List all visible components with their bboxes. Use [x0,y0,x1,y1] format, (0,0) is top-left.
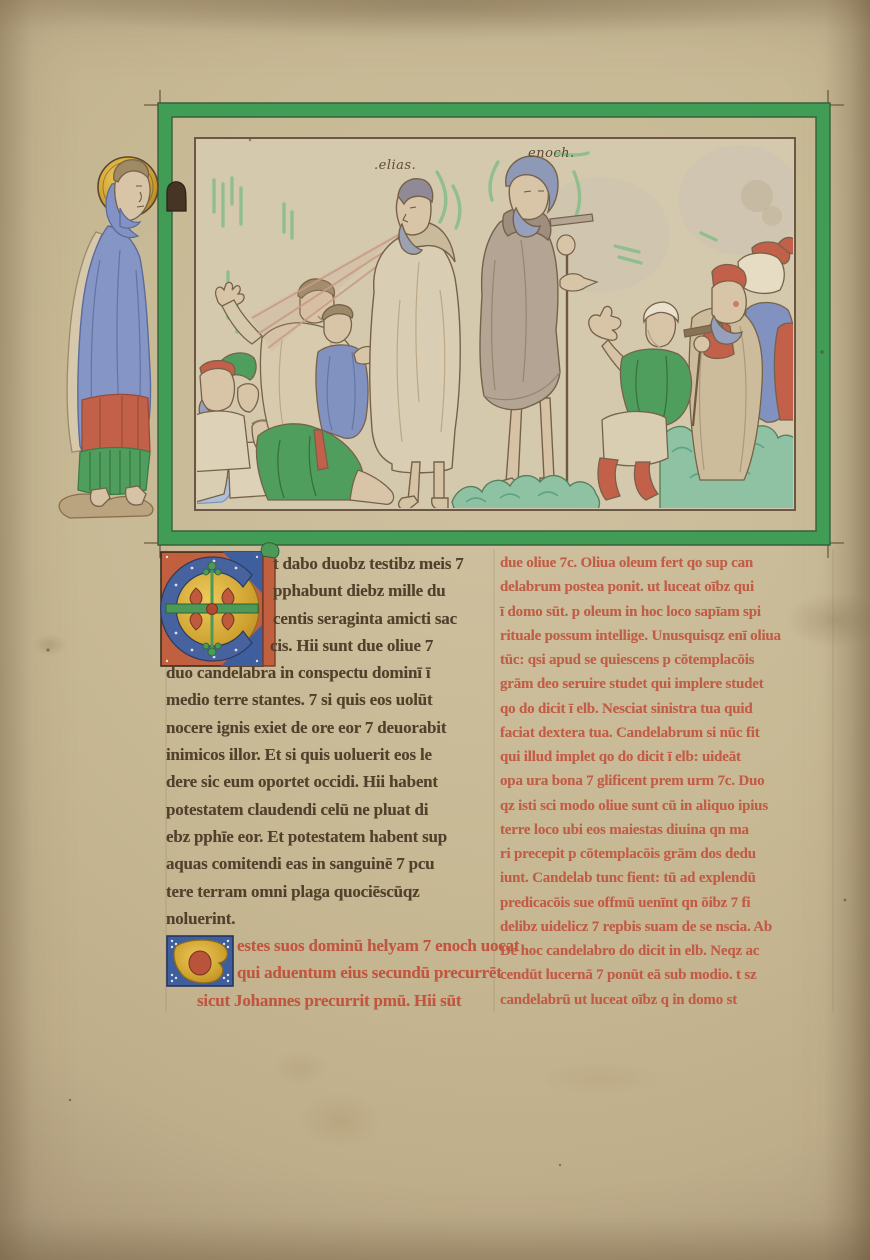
text-line: sicut Johannes precurrit pmū. Hii sūt [166,987,494,1014]
text-line: estes suos dominū helyam 7 enoch uocat [166,932,494,959]
text-line: inimicos illor. Et si quis uoluerit eos … [166,741,494,768]
text-line: ri precepit p cōtemplacōis grām dos dedu [500,842,832,866]
text-line: grām deo seruire studet qui implere stud… [500,672,832,696]
text-line: aquas comitendi eas in sanguinē 7 pcu [166,850,494,877]
text-line: tūc: qsi apud se quiescens p cōtemplacōi… [500,648,832,672]
text-line: rituale possum intellige. Unusquisqz enī… [500,624,832,648]
text-line: ebz pphīe eor. Et potestatem habent sup [166,823,494,850]
text-line: cendūt lucernā 7 ponūt eā sub modio. t s… [500,963,832,987]
text-line: dere sic eum oportet occidi. Hii habent [166,768,494,795]
right-text-column: due oliue 7c. Oliua oleum fert qo sup ca… [500,551,832,1012]
text-line: tere terram omni plaga quociēscūqz [166,878,494,905]
text-line: t dabo duobz testibz meis 7 [166,550,494,577]
text-line: De hoc candelabro do dicit in elb. Neqz … [500,939,832,963]
text-line: ī domo sūt. p oleum in hoc loco sapīam s… [500,600,832,624]
text-line: nocere ignis exiet de ore eor 7 deuorabi… [166,714,494,741]
text-line: due oliue 7c. Oliua oleum fert qo sup ca… [500,551,832,575]
text-line: predicacōis sue offmū uenīnt qn ōibz 7 f… [500,891,832,915]
text-line: candelabrū ut luceat oībz q in domo st [500,988,832,1012]
text-line: delabrum postea ponit. ut luceat oībz qu… [500,575,832,599]
text-line: terre loco ubi eos maiestas diuina qn ma [500,818,832,842]
peep-window [167,182,186,211]
text-line: cis. Hii sunt due oliue 7 [166,632,494,659]
text-line: qui aduentum eius secundū precurrēt [166,959,494,986]
text-line: qo do dicit ī elb. Nesciat sinistra tua … [500,697,832,721]
figure-label-elias: .elias. [374,158,416,173]
text-line: faciat dextera tua. Candelabrum si nūc f… [500,721,832,745]
text-line: centis seraginta amicti sac [166,605,494,632]
text-line: qz isti sci modo oliue sunt cū in aliquo… [500,794,832,818]
saint-john-figure [59,157,158,518]
text-line: noluerint. [166,905,494,932]
text-line: opa ura bona 7 glificent prem urm 7c. Du… [500,769,832,793]
left-text-column: t dabo duobz testibz meis 7pphabunt dieb… [166,550,494,1014]
text-line: iunt. Candelab tunc fient: tū ad explend… [500,866,832,890]
text-line: duo candelabra in conspectu dominī ī [166,659,494,686]
text-line: qui illud implet qo do dicit ī elb: uide… [500,745,832,769]
text-line: delibz uidelicz 7 repbis suam de se nsci… [500,915,832,939]
text-line: pphabunt diebz mille du [166,577,494,604]
text-line: potestatem claudendi celū ne pluat di [166,796,494,823]
manuscript-page: .elias. enoch. E T t dabo duobz testibz … [0,0,870,1260]
text-line: medio terre stantes. 7 si quis eos uolūt [166,686,494,713]
figure-label-enoch: enoch. [528,146,575,161]
